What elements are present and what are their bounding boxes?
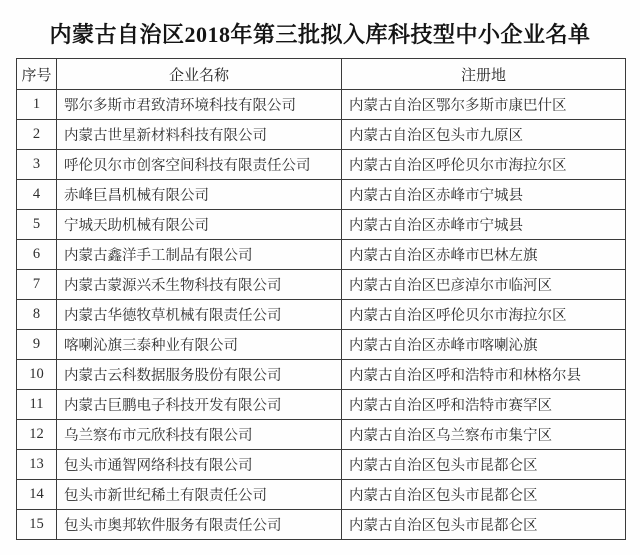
row-serial-number: 14 bbox=[17, 480, 57, 510]
row-serial-number: 1 bbox=[17, 90, 57, 120]
table-row: 15包头市奥邦软件服务有限责任公司内蒙古自治区包头市昆都仑区 bbox=[17, 510, 626, 540]
row-registration-location: 内蒙古自治区赤峰市宁城县 bbox=[342, 180, 626, 210]
row-serial-number: 6 bbox=[17, 240, 57, 270]
row-company-name: 鄂尔多斯市君致清环境科技有限公司 bbox=[57, 90, 342, 120]
row-registration-location: 内蒙古自治区包头市九原区 bbox=[342, 120, 626, 150]
row-company-name: 包头市通智网络科技有限公司 bbox=[57, 450, 342, 480]
row-company-name: 内蒙古云科数据服务股份有限公司 bbox=[57, 360, 342, 390]
row-serial-number: 4 bbox=[17, 180, 57, 210]
row-company-name: 呼伦贝尔市创客空间科技有限责任公司 bbox=[57, 150, 342, 180]
table-row: 11内蒙古巨鹏电子科技开发有限公司内蒙古自治区呼和浩特市赛罕区 bbox=[17, 390, 626, 420]
row-company-name: 乌兰察布市元欣科技有限公司 bbox=[57, 420, 342, 450]
row-company-name: 内蒙古蒙源兴禾生物科技有限公司 bbox=[57, 270, 342, 300]
table-row: 3呼伦贝尔市创客空间科技有限责任公司内蒙古自治区呼伦贝尔市海拉尔区 bbox=[17, 150, 626, 180]
row-registration-location: 内蒙古自治区赤峰市宁城县 bbox=[342, 210, 626, 240]
row-registration-location: 内蒙古自治区包头市昆都仑区 bbox=[342, 510, 626, 540]
table-row: 9喀喇沁旗三泰种业有限公司内蒙古自治区赤峰市喀喇沁旗 bbox=[17, 330, 626, 360]
row-serial-number: 12 bbox=[17, 420, 57, 450]
table-row: 7内蒙古蒙源兴禾生物科技有限公司内蒙古自治区巴彦淖尔市临河区 bbox=[17, 270, 626, 300]
company-table: 序号 企业名称 注册地 1鄂尔多斯市君致清环境科技有限公司内蒙古自治区鄂尔多斯市… bbox=[16, 58, 626, 540]
row-serial-number: 7 bbox=[17, 270, 57, 300]
row-serial-number: 11 bbox=[17, 390, 57, 420]
table-header-row: 序号 企业名称 注册地 bbox=[17, 59, 626, 90]
row-serial-number: 5 bbox=[17, 210, 57, 240]
header-registration-location: 注册地 bbox=[342, 59, 626, 90]
header-company-name: 企业名称 bbox=[57, 59, 342, 90]
row-serial-number: 15 bbox=[17, 510, 57, 540]
document-page: 内蒙古自治区2018年第三批拟入库科技型中小企业名单 序号 企业名称 注册地 1… bbox=[0, 0, 640, 555]
row-serial-number: 2 bbox=[17, 120, 57, 150]
row-company-name: 赤峰巨昌机械有限公司 bbox=[57, 180, 342, 210]
row-registration-location: 内蒙古自治区呼伦贝尔市海拉尔区 bbox=[342, 300, 626, 330]
row-registration-location: 内蒙古自治区乌兰察布市集宁区 bbox=[342, 420, 626, 450]
table-row: 12乌兰察布市元欣科技有限公司内蒙古自治区乌兰察布市集宁区 bbox=[17, 420, 626, 450]
page-title: 内蒙古自治区2018年第三批拟入库科技型中小企业名单 bbox=[0, 0, 640, 48]
table-row: 6内蒙古鑫洋手工制品有限公司内蒙古自治区赤峰市巴林左旗 bbox=[17, 240, 626, 270]
row-company-name: 喀喇沁旗三泰种业有限公司 bbox=[57, 330, 342, 360]
row-registration-location: 内蒙古自治区呼和浩特市赛罕区 bbox=[342, 390, 626, 420]
header-serial-number: 序号 bbox=[17, 59, 57, 90]
table-row: 14包头市新世纪稀土有限责任公司内蒙古自治区包头市昆都仑区 bbox=[17, 480, 626, 510]
table-row: 1鄂尔多斯市君致清环境科技有限公司内蒙古自治区鄂尔多斯市康巴什区 bbox=[17, 90, 626, 120]
row-serial-number: 8 bbox=[17, 300, 57, 330]
row-company-name: 内蒙古华德牧草机械有限责任公司 bbox=[57, 300, 342, 330]
row-registration-location: 内蒙古自治区呼和浩特市和林格尔县 bbox=[342, 360, 626, 390]
row-registration-location: 内蒙古自治区包头市昆都仑区 bbox=[342, 450, 626, 480]
row-serial-number: 13 bbox=[17, 450, 57, 480]
row-company-name: 包头市奥邦软件服务有限责任公司 bbox=[57, 510, 342, 540]
row-company-name: 内蒙古巨鹏电子科技开发有限公司 bbox=[57, 390, 342, 420]
row-company-name: 宁城天助机械有限公司 bbox=[57, 210, 342, 240]
table-row: 4赤峰巨昌机械有限公司内蒙古自治区赤峰市宁城县 bbox=[17, 180, 626, 210]
row-company-name: 内蒙古世星新材料科技有限公司 bbox=[57, 120, 342, 150]
table-row: 2内蒙古世星新材料科技有限公司内蒙古自治区包头市九原区 bbox=[17, 120, 626, 150]
row-serial-number: 9 bbox=[17, 330, 57, 360]
row-registration-location: 内蒙古自治区鄂尔多斯市康巴什区 bbox=[342, 90, 626, 120]
row-serial-number: 3 bbox=[17, 150, 57, 180]
table-row: 13包头市通智网络科技有限公司内蒙古自治区包头市昆都仑区 bbox=[17, 450, 626, 480]
row-registration-location: 内蒙古自治区赤峰市巴林左旗 bbox=[342, 240, 626, 270]
row-company-name: 包头市新世纪稀土有限责任公司 bbox=[57, 480, 342, 510]
row-registration-location: 内蒙古自治区呼伦贝尔市海拉尔区 bbox=[342, 150, 626, 180]
table-row: 5宁城天助机械有限公司内蒙古自治区赤峰市宁城县 bbox=[17, 210, 626, 240]
row-registration-location: 内蒙古自治区赤峰市喀喇沁旗 bbox=[342, 330, 626, 360]
row-registration-location: 内蒙古自治区包头市昆都仑区 bbox=[342, 480, 626, 510]
company-table-body: 1鄂尔多斯市君致清环境科技有限公司内蒙古自治区鄂尔多斯市康巴什区2内蒙古世星新材… bbox=[17, 90, 626, 540]
row-company-name: 内蒙古鑫洋手工制品有限公司 bbox=[57, 240, 342, 270]
table-row: 8内蒙古华德牧草机械有限责任公司内蒙古自治区呼伦贝尔市海拉尔区 bbox=[17, 300, 626, 330]
row-registration-location: 内蒙古自治区巴彦淖尔市临河区 bbox=[342, 270, 626, 300]
row-serial-number: 10 bbox=[17, 360, 57, 390]
table-row: 10内蒙古云科数据服务股份有限公司内蒙古自治区呼和浩特市和林格尔县 bbox=[17, 360, 626, 390]
